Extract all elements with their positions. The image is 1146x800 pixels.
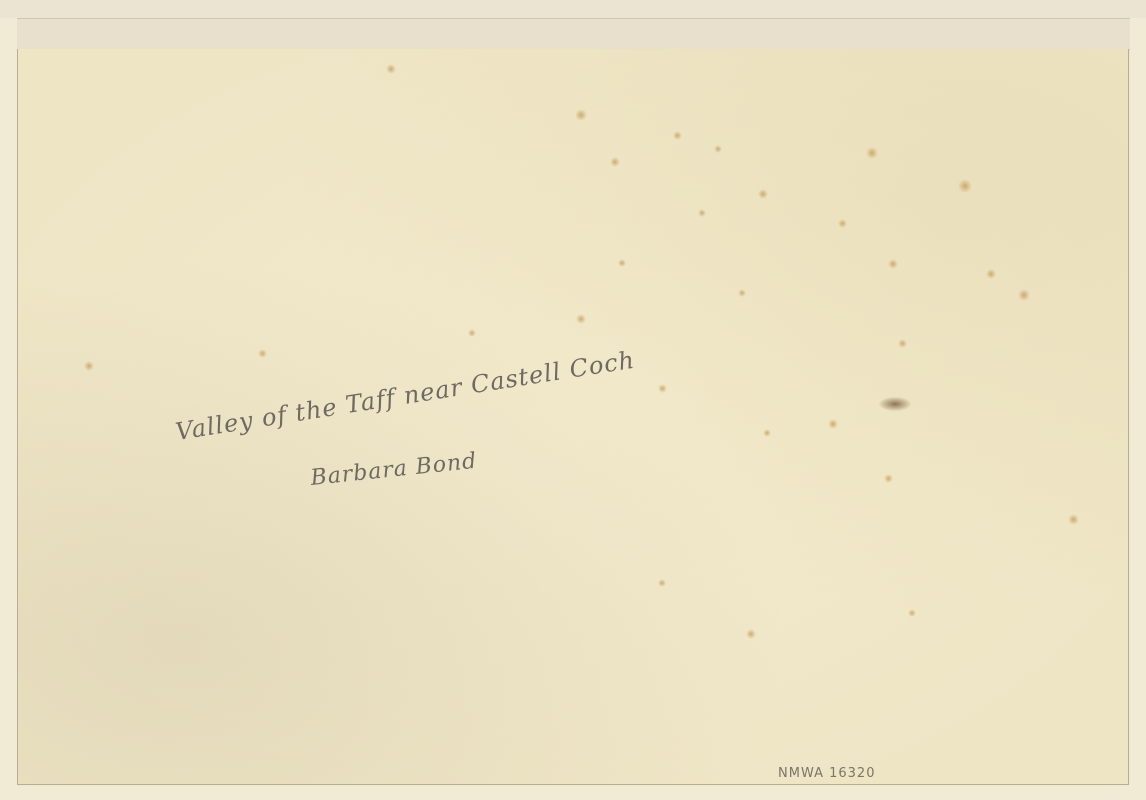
foxing-spot: [746, 629, 756, 639]
foxing-spot: [658, 384, 667, 393]
foxing-spot: [898, 339, 907, 348]
mount-top-strip: [0, 0, 1146, 19]
accession-number: NMWA 16320: [778, 766, 875, 781]
foxing-spot: [658, 579, 666, 587]
foxing-spot: [468, 329, 476, 337]
foxing-spot: [258, 349, 267, 358]
foxing-spot: [884, 474, 893, 483]
foxing-spot: [888, 259, 898, 269]
foxing-spot: [610, 157, 620, 167]
hinge-tape: [17, 19, 1130, 50]
foxing-spot: [763, 429, 771, 437]
foxing-spot: [958, 179, 972, 193]
foxing-spot: [698, 209, 706, 217]
foxing-spot: [1018, 289, 1030, 301]
foxing-spot: [738, 289, 746, 297]
mount-bottom-margin: [0, 786, 1146, 800]
foxing-spot: [618, 259, 626, 267]
foxing-spot: [758, 189, 768, 199]
foxing-spot: [673, 131, 682, 140]
foxing-spot: [1068, 514, 1079, 525]
foxing-spot: [986, 269, 996, 279]
foxing-spot: [838, 219, 847, 228]
dark-stain: [879, 397, 911, 411]
mount-left-margin: [0, 18, 17, 800]
foxing-spot: [714, 145, 722, 153]
foxing-spot: [866, 147, 878, 159]
foxing-spot: [386, 64, 396, 74]
foxing-spot: [908, 609, 916, 617]
foxing-spot: [576, 314, 586, 324]
foxing-spot: [84, 361, 94, 371]
mount-right-margin: [1130, 18, 1146, 800]
foxing-spot: [575, 109, 587, 121]
foxing-spot: [828, 419, 838, 429]
